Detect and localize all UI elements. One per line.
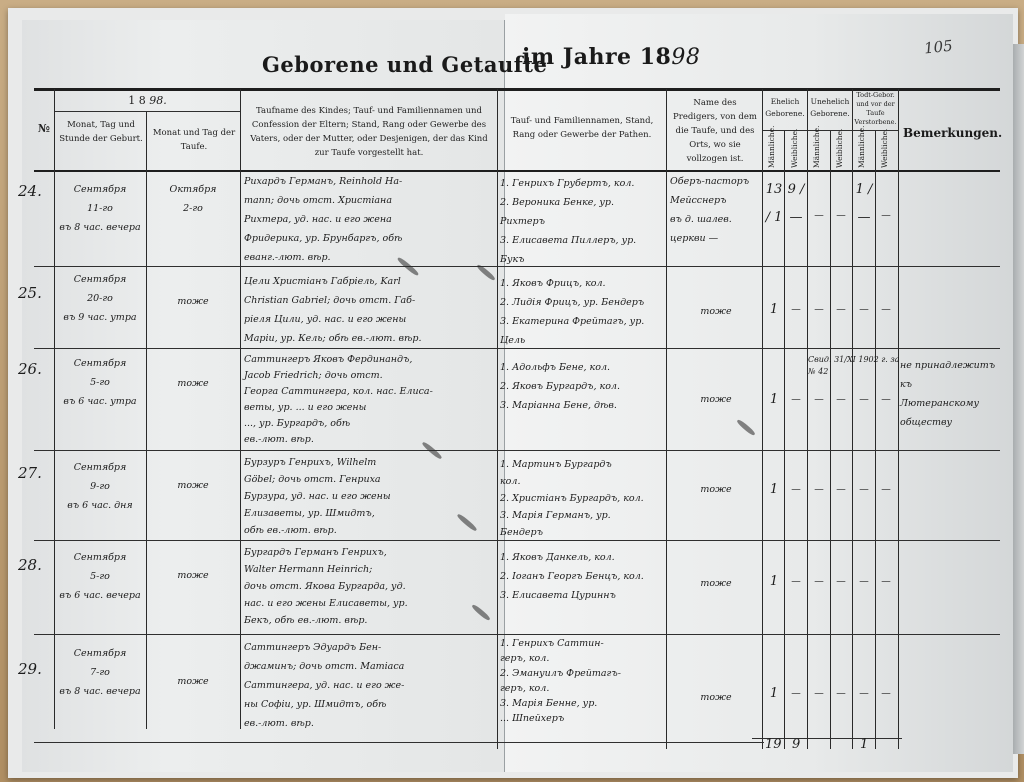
count-legit-male: 1 — [763, 390, 785, 409]
entry-pastor: тоже — [670, 688, 762, 707]
count-illegit-female: — — [830, 300, 852, 319]
title-year-prefix: im Jahre 18 — [522, 44, 671, 70]
header-illegit-female: Weibliche. — [835, 134, 844, 168]
count-legit-female: — — [785, 572, 807, 591]
row-divider — [34, 742, 764, 743]
count-stillborn-male: — — [853, 300, 875, 319]
count-stillborn-male: — — [853, 480, 875, 499]
count-illegit-female: — — [830, 480, 852, 499]
header-pastor: Name des Predigers, von dem die Taufe, u… — [670, 96, 760, 166]
header-bottom-rule — [34, 170, 1000, 172]
col-divider — [807, 89, 808, 749]
count-stillborn-female: — — [875, 206, 897, 225]
count-illegit-male: — — [808, 572, 830, 591]
entry-baptism-date: тоже — [148, 374, 238, 393]
header-illegit-male: Männliche. — [812, 134, 821, 168]
header-stillborn-female: Weibliche. — [880, 134, 889, 168]
entry-pastor: Оберъ-пасторъ Мейсснеръ въ д. шалев. цер… — [670, 172, 762, 248]
title-year-handwritten: 98 — [671, 45, 700, 70]
count-stillborn-male: 1 / — — [853, 176, 875, 232]
col-divider — [146, 112, 147, 729]
entry-baptism-date: Октября 2-го — [148, 180, 238, 218]
header-birth: Monat, Tag und Stunde der Geburt. — [58, 118, 144, 146]
total-legit-female: 9 — [792, 737, 800, 752]
count-stillborn-male: — — [853, 390, 875, 409]
entry-child-parents: Бурзуръ Генрихъ, Wilhelm Göbel; дочь отс… — [244, 454, 494, 539]
count-legit-male: 1 — [763, 572, 785, 591]
count-stillborn-female: — — [875, 300, 897, 319]
count-legit-male: 1 — [763, 300, 785, 319]
header-legit-female: Weibliche. — [790, 134, 799, 168]
count-legit-female: — — [785, 300, 807, 319]
col-divider — [240, 89, 241, 729]
entry-baptism-date: тоже — [148, 292, 238, 311]
entry-number: 28. — [18, 556, 42, 574]
entry-annotation: Свид. 31/XI 1902 г. за № 42 — [808, 354, 902, 378]
row-divider — [34, 634, 1000, 635]
entry-baptism-date: тоже — [148, 566, 238, 585]
header-year-handwritten: 98. — [149, 94, 167, 107]
entry-baptism-date: тоже — [148, 476, 238, 495]
header-godparents: Tauf- und Familiennamen, Stand, Rang ode… — [502, 114, 662, 142]
col-divider — [898, 89, 899, 749]
entry-godparents: 1. Яковъ Фрицъ, кол. 2. Лидія Фрицъ, ур.… — [500, 274, 665, 350]
count-illegit-male: — — [808, 300, 830, 319]
entry-godparents: 1. Генрихъ Саттин- геръ, кол. 2. Эмануил… — [500, 636, 665, 726]
header-stillborn: Todt-Gebor. und vor der Taufe Verstorben… — [853, 91, 898, 127]
entry-pastor: тоже — [670, 574, 762, 593]
header-number: № — [34, 122, 54, 136]
header-child-parents: Taufname des Kindes; Tauf- und Familienn… — [246, 104, 492, 160]
count-illegit-female: — — [830, 572, 852, 591]
count-illegit-male: — — [808, 206, 830, 225]
entry-child-parents: Саттингеръ Яковъ Фердинандъ, Jacob Fried… — [244, 352, 494, 448]
count-illegit-male: — — [808, 684, 830, 703]
entry-number: 25. — [18, 284, 42, 302]
folio-number: 105 — [923, 37, 953, 58]
count-illegit-female: — — [830, 684, 852, 703]
entry-number: 26. — [18, 360, 42, 378]
header-year-prefix: 1 8 — [128, 94, 146, 107]
entry-birth-date: Сентября 7-го въ 8 час. вечера — [56, 644, 144, 701]
header-legitimate: Ehelich Geborene. — [763, 96, 807, 120]
entry-birth-date: Сентября 20-го въ 9 час. утра — [56, 270, 144, 327]
header-stillborn-male: Männliche. — [857, 134, 866, 168]
entry-number: 29. — [18, 660, 42, 678]
count-stillborn-male: — — [853, 684, 875, 703]
header-remarks: Bemerkungen. — [903, 126, 1002, 140]
count-legit-female: 9 / — — [785, 176, 807, 232]
count-legit-male: 1 — [763, 684, 785, 703]
count-legit-male: 13 / 1 — [763, 176, 785, 232]
col-divider — [666, 89, 667, 749]
entry-birth-date: Сентября 11-го въ 8 час. вечера — [56, 180, 144, 237]
header-year: 1 8 98. — [55, 94, 240, 108]
header-illegitimate: Unehelich Geborene. — [808, 96, 852, 120]
entry-pastor: тоже — [670, 302, 762, 321]
year-row-rule — [55, 111, 240, 112]
entry-remarks: не принадлежитъ къ Лютеранскому обществу — [900, 356, 1000, 432]
col-divider — [54, 89, 55, 729]
entry-pastor: тоже — [670, 480, 762, 499]
count-illegit-male: — — [808, 480, 830, 499]
count-stillborn-female: — — [875, 390, 897, 409]
row-divider — [34, 450, 1000, 451]
count-legit-male: 1 — [763, 480, 785, 499]
count-illegit-female: — — [830, 206, 852, 225]
group-sub-rule — [763, 130, 898, 131]
entry-child-parents: Рихардъ Германъ, Reinhold Ha- mann; дочь… — [244, 172, 494, 267]
count-illegit-male: — — [808, 390, 830, 409]
count-stillborn-female: — — [875, 684, 897, 703]
entry-birth-date: Сентября 9-го въ 6 час. дня — [56, 458, 144, 515]
entry-godparents: 1. Генрихъ Грубертъ, кол. 2. Вероника Бе… — [500, 174, 665, 269]
count-illegit-female: — — [830, 390, 852, 409]
count-legit-female: — — [785, 390, 807, 409]
header-baptism: Monat und Tag der Taufe. — [150, 126, 238, 154]
entry-pastor: тоже — [670, 390, 762, 409]
entry-godparents: 1. Яковъ Данкель, кол. 2. Іоганъ Георгъ … — [500, 548, 665, 605]
entry-child-parents: Бургардъ Германъ Генрихъ, Walter Hermann… — [244, 544, 494, 629]
col-divider — [497, 89, 498, 749]
count-stillborn-female: — — [875, 572, 897, 591]
count-stillborn-male: — — [853, 572, 875, 591]
entry-number: 27. — [18, 464, 42, 482]
entry-birth-date: Сентября 5-го въ 6 час. вечера — [56, 548, 144, 605]
entry-baptism-date: тоже — [148, 672, 238, 691]
count-legit-female: — — [785, 480, 807, 499]
entry-child-parents: Цели Христіанъ Габріель, Karl Christian … — [244, 272, 494, 348]
entry-child-parents: Саттингеръ Эдуардъ Бен- джаминъ; дочь от… — [244, 638, 494, 733]
count-legit-female: — — [785, 684, 807, 703]
entry-godparents: 1. Мартинъ Бургардъ кол. 2. Христіанъ Бу… — [500, 456, 665, 541]
header-legit-male: Männliche. — [767, 134, 776, 168]
page-title-left: Geborene und Getaufte — [262, 52, 547, 77]
total-stillborn-male: 1 — [860, 737, 868, 752]
entry-birth-date: Сентября 5-го въ 6 час. утра — [56, 354, 144, 411]
total-legit-male: 19 — [765, 737, 782, 752]
entry-number: 24. — [18, 182, 42, 200]
page-title-right: im Jahre 1898 — [522, 44, 700, 70]
entry-godparents: 1. Адольфъ Бене, кол. 2. Яковъ Бургардъ,… — [500, 358, 665, 415]
count-stillborn-female: — — [875, 480, 897, 499]
